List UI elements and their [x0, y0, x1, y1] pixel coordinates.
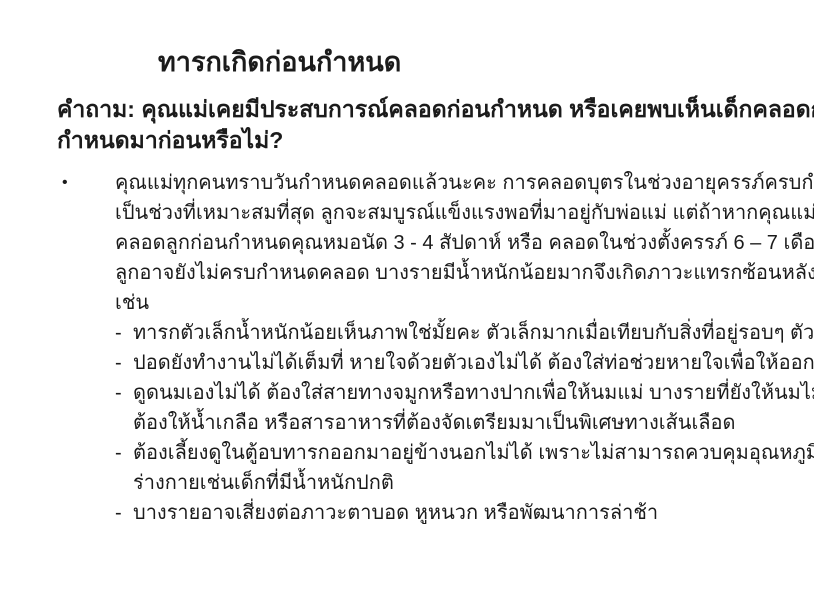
document-page: ทารกเกิดก่อนกำหนด คำถาม: คุณแม่เคยมีประส…	[0, 0, 814, 590]
dash-marker-icon: -	[115, 438, 133, 498]
body-line: ต้องเลี้ยงดูในตู้อบทารกออกมาอยู่ข้างนอกไ…	[133, 438, 814, 468]
body-line: เช่น	[115, 288, 814, 318]
dash-marker-icon: -	[115, 348, 133, 378]
sub-item-body: ดูดนมเองไม่ได้ ต้องใส่สายทางจมูกหรือทางป…	[133, 378, 814, 438]
body-line: ปอดยังทำงานไม่ได้เต็มที่ หายใจด้วยตัวเอง…	[133, 348, 814, 378]
body-line: บางรายอาจเสี่ยงต่อภาวะตาบอด หูหนวก หรือพ…	[133, 498, 814, 528]
body-line: ทารกตัวเล็กน้ำหนักน้อยเห็นภาพใช่มั้ยคะ ต…	[133, 318, 814, 348]
sub-list-item: - ทารกตัวเล็กน้ำหนักน้อยเห็นภาพใช่มั้ยคะ…	[115, 318, 814, 348]
question-line: คำถาม: คุณแม่เคยมีประสบการณ์คลอดก่อนกำหน…	[57, 94, 774, 125]
question-block: คำถาม: คุณแม่เคยมีประสบการณ์คลอดก่อนกำหน…	[57, 94, 774, 156]
dash-marker-icon: -	[115, 498, 133, 528]
page-title: ทารกเกิดก่อนกำหนด	[0, 0, 814, 80]
bullet-body: คุณแม่ทุกคนทราบวันกำหนดคลอดแล้วนะคะ การค…	[115, 168, 814, 528]
bullet-marker-icon: •	[62, 168, 115, 528]
body-line: ต้องให้น้ำเกลือ หรือสารอาหารที่ต้องจัดเต…	[133, 408, 814, 438]
dash-marker-icon: -	[115, 378, 133, 438]
sub-list-item: - ดูดนมเองไม่ได้ ต้องใส่สายทางจมูกหรือทา…	[115, 378, 814, 438]
sub-item-body: ปอดยังทำงานไม่ได้เต็มที่ หายใจด้วยตัวเอง…	[133, 348, 814, 378]
sub-list-item: - ต้องเลี้ยงดูในตู้อบทารกออกมาอยู่ข้างนอ…	[115, 438, 814, 498]
body-line: ดูดนมเองไม่ได้ ต้องใส่สายทางจมูกหรือทางป…	[133, 378, 814, 408]
sub-list-item: - ปอดยังทำงานไม่ได้เต็มที่ หายใจด้วยตัวเ…	[115, 348, 814, 378]
body-line: เป็นช่วงที่เหมาะสมที่สุด ลูกจะสมบูรณ์แข็…	[115, 198, 814, 228]
body-line: ลูกอาจยังไม่ครบกำหนดคลอด บางรายมีน้ำหนัก…	[115, 258, 814, 288]
dash-marker-icon: -	[115, 318, 133, 348]
body-line: คุณแม่ทุกคนทราบวันกำหนดคลอดแล้วนะคะ การค…	[115, 168, 814, 198]
sub-item-body: ต้องเลี้ยงดูในตู้อบทารกออกมาอยู่ข้างนอกไ…	[133, 438, 814, 498]
sub-item-body: บางรายอาจเสี่ยงต่อภาวะตาบอด หูหนวก หรือพ…	[133, 498, 814, 528]
sub-item-body: ทารกตัวเล็กน้ำหนักน้อยเห็นภาพใช่มั้ยคะ ต…	[133, 318, 814, 348]
body-line: คลอดลูกก่อนกำหนดคุณหมอนัด 3 - 4 สัปดาห์ …	[115, 228, 814, 258]
bullet-item: • คุณแม่ทุกคนทราบวันกำหนดคลอดแล้วนะคะ กา…	[62, 168, 784, 528]
question-line: กำหนดมาก่อนหรือไม่?	[57, 125, 774, 156]
body-line: ร่างกายเช่นเด็กที่มีน้ำหนักปกติ	[133, 468, 814, 498]
sub-list-item: - บางรายอาจเสี่ยงต่อภาวะตาบอด หูหนวก หรื…	[115, 498, 814, 528]
